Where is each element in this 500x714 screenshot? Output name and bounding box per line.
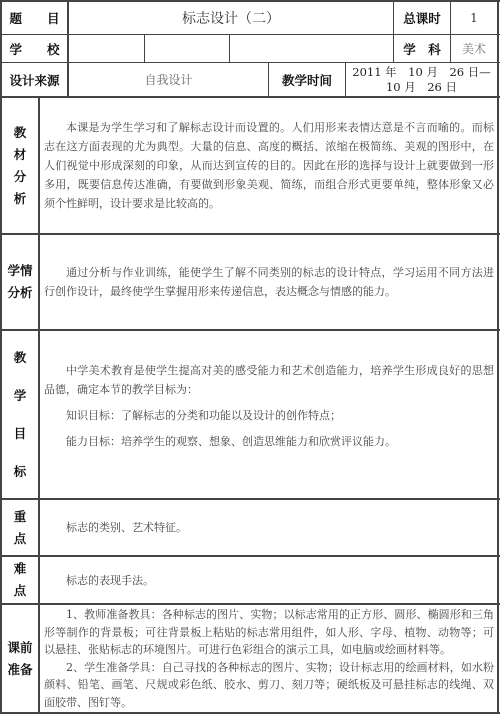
source-label: 设计来源 [2,63,67,96]
table-border-right [497,0,499,714]
preparation-student: 2、学生准备学具：自己寻找的各种标志的图片、实物；设计标志用的绘画材料，如水粉颜… [44,659,494,712]
label-char: 标 [14,453,27,491]
teaching-objectives-label: 教 学 目 标 [2,331,38,498]
label-char: 材 [14,144,27,166]
label-char: 课前 [7,637,32,659]
label-char: 分析 [7,282,32,304]
school-field-3 [230,35,393,62]
difficulties-text: 标志的表现手法。 [44,571,154,590]
key-points-content: 标志的类别、艺术特征。 [44,500,494,555]
student-analysis-label: 学情 分析 [2,235,38,329]
key-points-label: 重 点 [2,500,38,555]
preparation-label: 课前 准备 [2,605,38,712]
label-char: 准备 [7,659,32,681]
lesson-title: 标志设计（二） [69,2,393,34]
label-char: 教 [14,339,27,377]
teaching-objectives-content: 中学美术教育是使学生提高对美的感受能力和艺术创造能力，培养学生形成良好的思想品德… [44,331,494,498]
materials-analysis-label: 教 材 分 析 [2,98,38,233]
lesson-plan-page: 题 目 标志设计（二） 总课时 1 学 校 学 科 美术 设计来源 自我设计 教… [0,0,500,714]
label-char: 难 [14,558,27,580]
objectives-ability: 能力目标：培养学生的观察、想象、创造思维能力和欣赏评议能力。 [44,432,494,451]
label-char: 重 [14,506,27,528]
teaching-time-value: 2011 年 10 月 26 日— 10 月 26 日 [346,63,497,96]
school-label: 学 校 [2,35,67,62]
label-char: 点 [14,580,27,602]
difficulties-label: 难 点 [2,557,38,603]
key-points-text: 标志的类别、艺术特征。 [44,518,187,537]
objectives-intro: 中学美术教育是使学生提高对美的感受能力和艺术创造能力，培养学生形成良好的思想品德… [44,361,494,399]
label-char: 点 [14,528,27,550]
difficulties-content: 标志的表现手法。 [44,557,494,603]
teaching-time-label: 教学时间 [269,63,345,96]
label-char: 析 [14,188,27,210]
preparation-content: 1、教师准备教具：各种标志的图片、实物；以标志常用的正方形、圆形、椭圆形和三角形… [44,605,494,712]
school-field-1 [69,35,144,62]
teaching-time-line1: 2011 年 10 月 26 日— [352,65,491,80]
total-hours-label: 总课时 [394,2,450,34]
label-char: 目 [14,415,27,453]
col-divider [38,97,40,714]
total-hours-value: 1 [451,2,497,34]
materials-analysis-text: 本课是为学生学习和了解标志设计而设置的。人们用形来表情达意是不言而喻的。而标志在… [44,118,494,213]
subject-label: 学 科 [394,35,450,62]
objectives-knowledge: 知识目标：了解标志的分类和功能以及设计的创作特点； [44,406,494,425]
subject-value: 美术 [451,35,497,62]
label-char: 教 [14,122,27,144]
source-value: 自我设计 [69,63,268,96]
teaching-time-line2: 10 月 26 日 [386,80,457,95]
school-field-2 [145,35,229,62]
label-char: 学情 [7,260,32,282]
title-label: 题 目 [2,2,67,34]
materials-analysis-content: 本课是为学生学习和了解标志设计而设置的。人们用形来表情达意是不言而喻的。而标志在… [44,98,494,233]
student-analysis-text: 通过分析与作业训练，能使学生了解不同类别的标志的设计特点，学习运用不同方法进行创… [44,263,494,301]
preparation-teacher: 1、教师准备教具：各种标志的图片、实物；以标志常用的正方形、圆形、椭圆形和三角形… [44,606,494,659]
label-char: 分 [14,166,27,188]
student-analysis-content: 通过分析与作业训练，能使学生了解不同类别的标志的设计特点，学习运用不同方法进行创… [44,235,494,329]
label-char: 学 [14,377,27,415]
